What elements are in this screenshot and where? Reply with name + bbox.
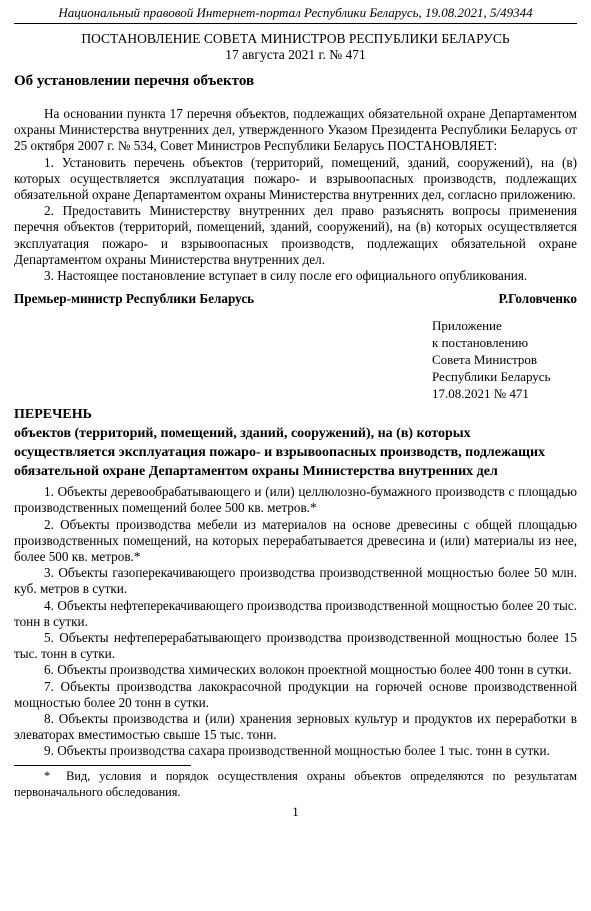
annex-list: 1. Объекты деревообрабатывающего и (или)… — [14, 484, 577, 759]
signature-row: Премьер-министр Республики Беларусь Р.Го… — [14, 290, 577, 307]
annex-list-item: 5. Объекты нефтеперерабатывающего произв… — [14, 630, 577, 662]
annex-list-item: 3. Объекты газоперекачивающего производс… — [14, 565, 577, 597]
masthead: Национальный правовой Интернет-портал Ре… — [14, 5, 577, 24]
appendix-stamp-line: Приложение — [432, 317, 577, 334]
signature-name: Р.Головченко — [498, 290, 577, 307]
appendix-stamp-line: к постановлению — [432, 334, 577, 351]
resolution-paragraph: 3. Настоящее постановление вступает в си… — [14, 268, 577, 284]
appendix-stamp-line: Республики Беларусь — [432, 368, 577, 385]
resolution-paragraph: 1. Установить перечень объектов (террито… — [14, 155, 577, 204]
annex-list-item: 4. Объекты нефтеперекачивающего производ… — [14, 598, 577, 630]
annex-subtitle-line: объектов (территорий, помещений, зданий,… — [14, 424, 577, 443]
document-subject: Об установлении перечня объектов — [14, 72, 577, 91]
annex-title: ПЕРЕЧЕНЬ — [14, 405, 577, 424]
resolution-paragraph: На основании пункта 17 перечня объектов,… — [14, 106, 577, 155]
masthead-text: Национальный правовой Интернет-портал Ре… — [58, 5, 532, 20]
footnote: *Вид, условия и порядок осуществления ох… — [14, 765, 577, 801]
document-title-line2: 17 августа 2021 г. № 471 — [14, 47, 577, 63]
page-number: 1 — [14, 804, 577, 820]
footnote-body: Вид, условия и порядок осуществления охр… — [14, 769, 577, 800]
annex-list-item: 9. Объекты производства сахара производс… — [14, 743, 577, 759]
footnote-separator-rule — [14, 765, 191, 766]
annex-list-item: 2. Объекты производства мебели из матери… — [14, 517, 577, 566]
resolution-body: На основании пункта 17 перечня объектов,… — [14, 106, 577, 284]
annex-list-item: 7. Объекты производства лакокрасочной пр… — [14, 679, 577, 711]
annex-list-item: 8. Объекты производства и (или) хранения… — [14, 711, 577, 743]
annex-heading: ПЕРЕЧЕНЬ объектов (территорий, помещений… — [14, 405, 577, 481]
annex-subtitle-line: осуществляется эксплуатация пожаро- и вз… — [14, 443, 577, 462]
annex-list-item: 6. Объекты производства химических волок… — [14, 662, 577, 678]
annex-subtitle-line: обязательной охране Департаментом охраны… — [14, 462, 577, 481]
signature-position: Премьер-министр Республики Беларусь — [14, 290, 254, 307]
footnote-marker: * — [44, 769, 50, 783]
appendix-stamp-line: Совета Министров — [432, 351, 577, 368]
document-title-line1: ПОСТАНОВЛЕНИЕ СОВЕТА МИНИСТРОВ РЕСПУБЛИК… — [14, 31, 577, 47]
annex-list-item: 1. Объекты деревообрабатывающего и (или)… — [14, 484, 577, 516]
footnote-text: *Вид, условия и порядок осуществления ох… — [14, 768, 577, 801]
appendix-stamp: Приложение к постановлению Совета Минист… — [432, 317, 577, 402]
appendix-stamp-line: 17.08.2021 № 471 — [432, 385, 577, 402]
document-page: Национальный правовой Интернет-портал Ре… — [0, 0, 591, 820]
document-title: ПОСТАНОВЛЕНИЕ СОВЕТА МИНИСТРОВ РЕСПУБЛИК… — [14, 31, 577, 63]
resolution-paragraph: 2. Предоставить Министерству внутренних … — [14, 203, 577, 268]
